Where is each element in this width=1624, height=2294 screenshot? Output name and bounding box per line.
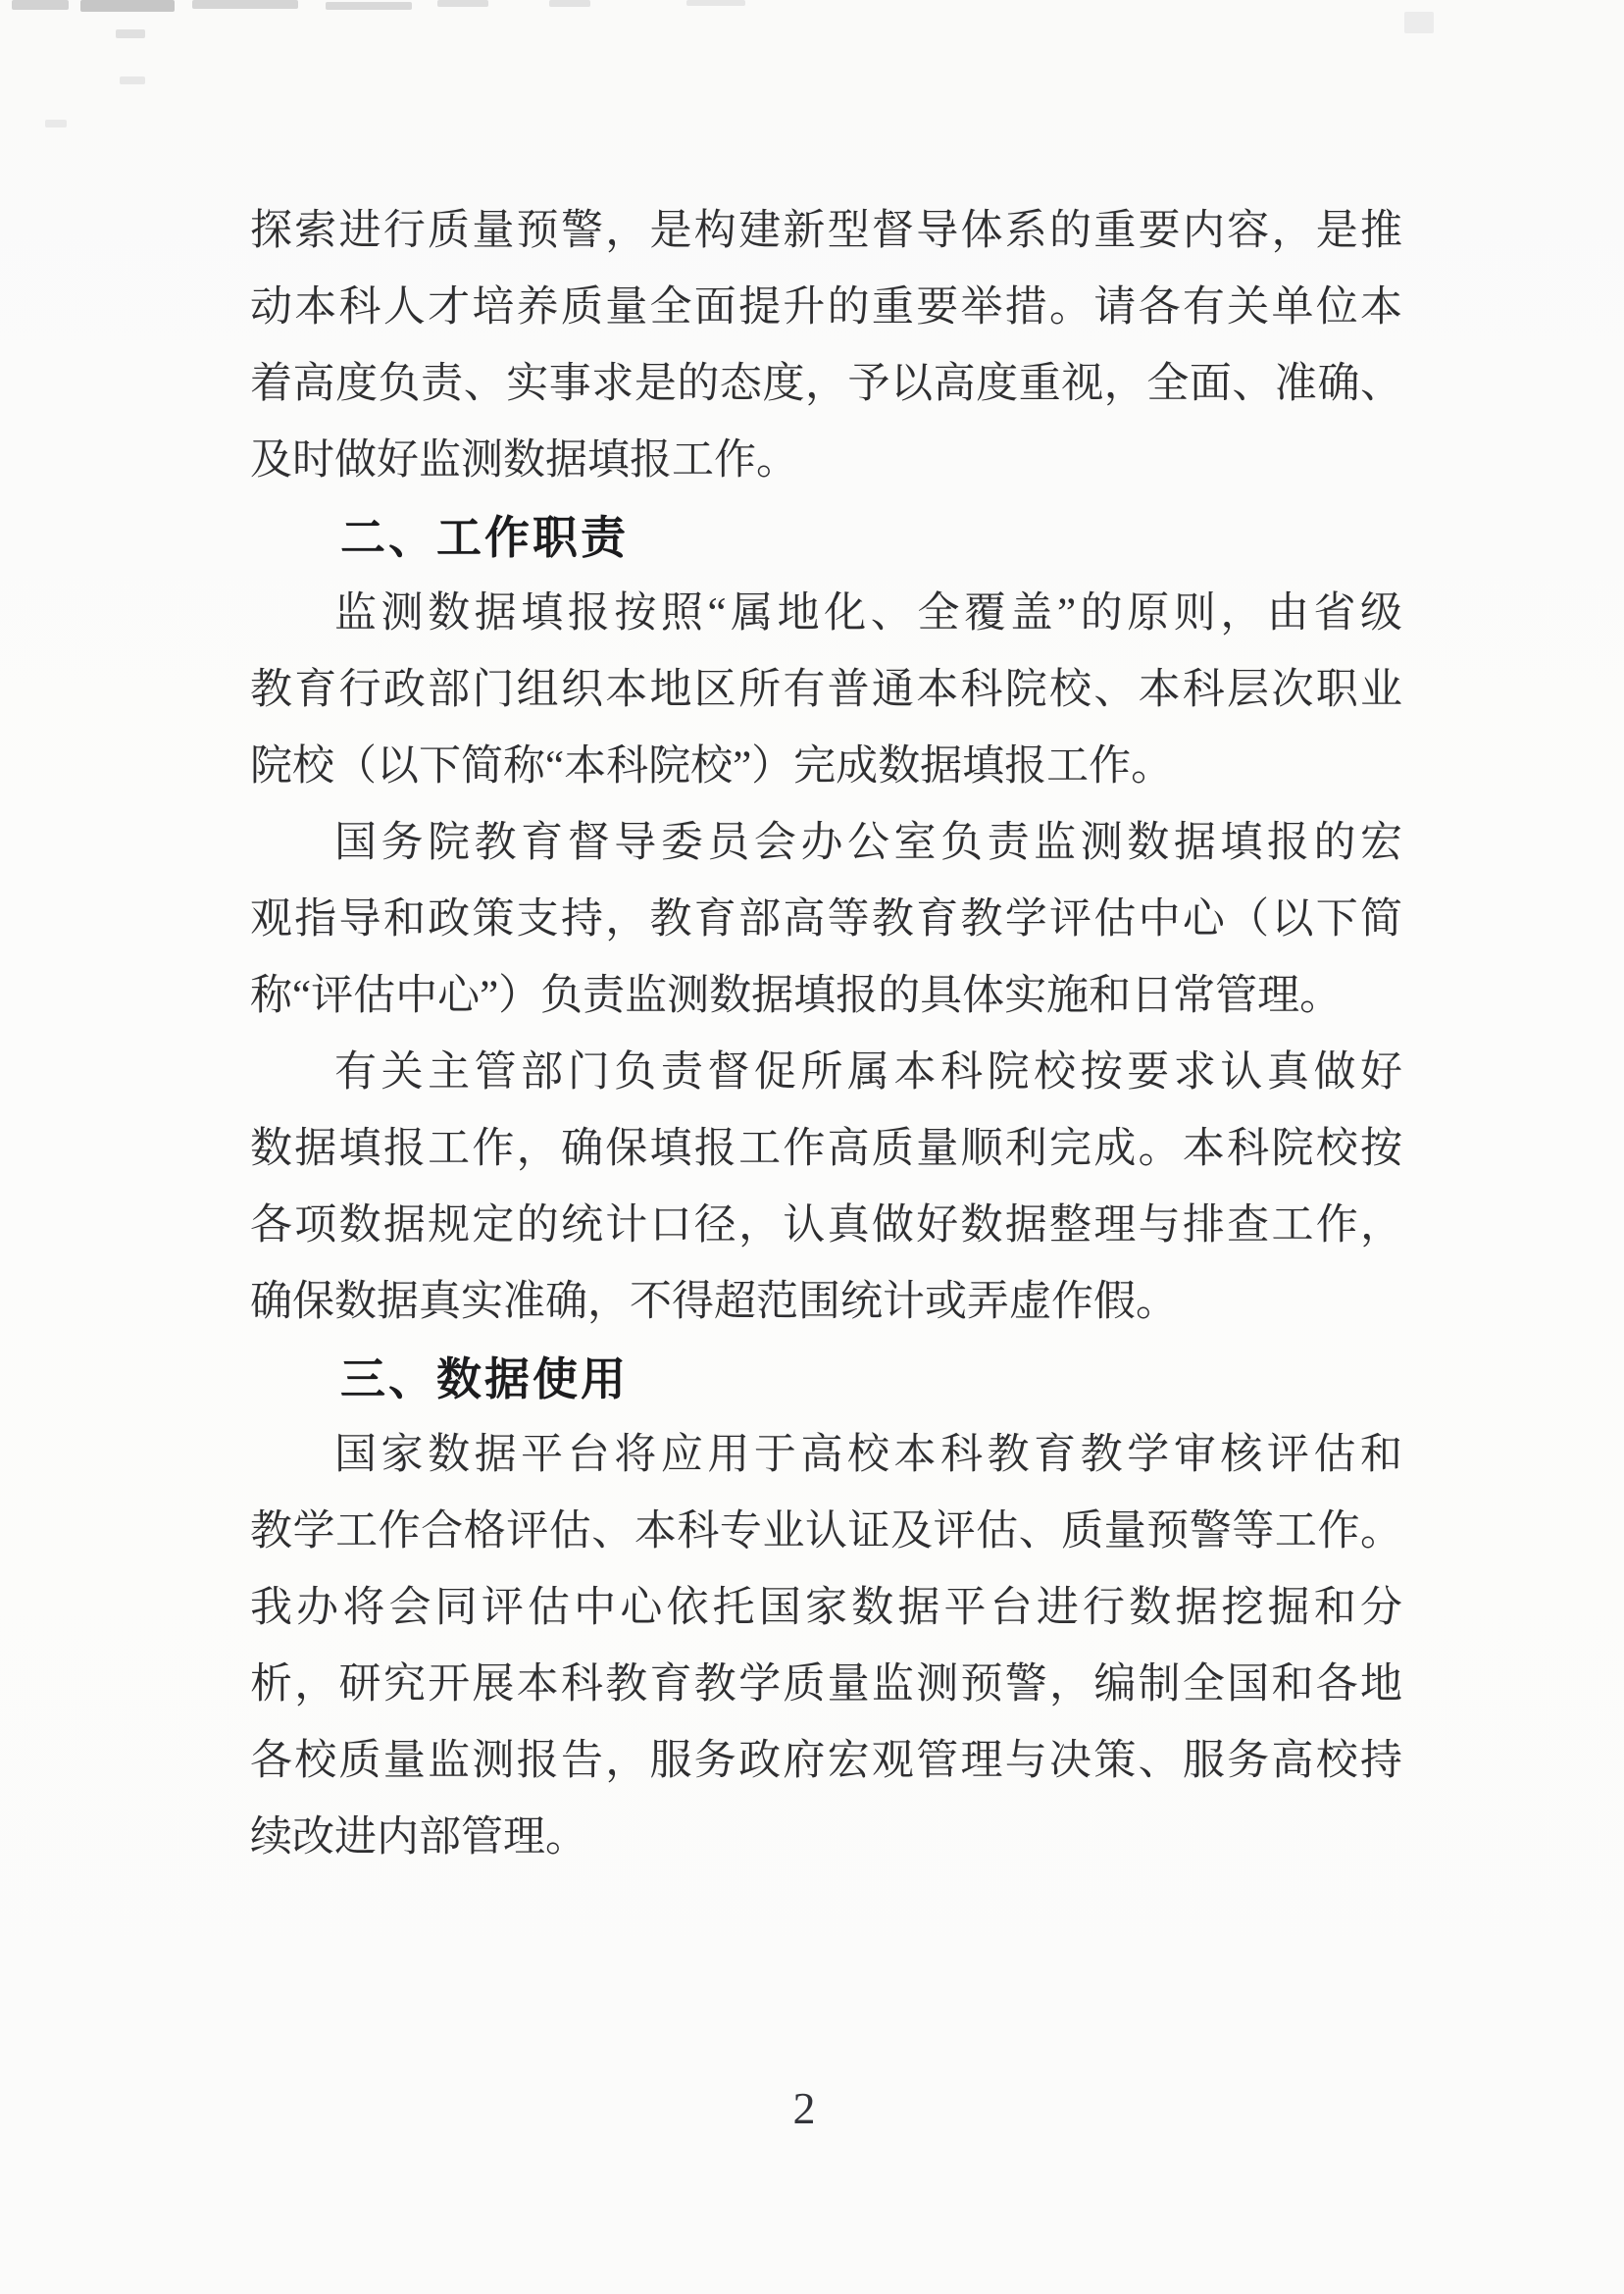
text-line: 各校质量监测报告，服务政府宏观管理与决策、服务高校持 bbox=[250, 1723, 1402, 1800]
text-line: 各项数据规定的统计口径，认真做好数据整理与排查工作， bbox=[250, 1188, 1402, 1264]
scan-artifact bbox=[80, 0, 175, 12]
scan-artifact bbox=[1404, 12, 1434, 33]
text-line: 数据填报工作，确保填报工作高质量顺利完成。本科院校按 bbox=[250, 1111, 1402, 1188]
text-line: 监测数据填报按照“属地化、全覆盖”的原则，由省级 bbox=[250, 576, 1402, 652]
text-line: 续改进内部管理。 bbox=[250, 1800, 1402, 1876]
scan-artifact bbox=[12, 0, 69, 10]
document-body: 探索进行质量预警，是构建新型督导体系的重要内容，是推动本科人才培养质量全面提升的… bbox=[250, 193, 1402, 1876]
text-line: 院校（以下简称“本科院校”）完成数据填报工作。 bbox=[250, 729, 1402, 805]
text-line: 教学工作合格评估、本科专业认证及评估、质量预警等工作。 bbox=[250, 1494, 1402, 1570]
text-line: 有关主管部门负责督促所属本科院校按要求认真做好 bbox=[250, 1035, 1402, 1111]
text-line: 探索进行质量预警，是构建新型督导体系的重要内容，是推 bbox=[250, 193, 1402, 270]
text-line: 析，研究开展本科教育教学质量监测预警，编制全国和各地 bbox=[250, 1647, 1402, 1723]
section-heading: 二、工作职责 bbox=[250, 499, 1402, 576]
text-line: 及时做好监测数据填报工作。 bbox=[250, 423, 1402, 499]
scan-artifact bbox=[437, 0, 488, 7]
scan-artifact bbox=[326, 2, 412, 10]
page-number: 2 bbox=[793, 2079, 816, 2138]
text-line: 着高度负责、实事求是的态度，予以高度重视，全面、准确、 bbox=[250, 346, 1402, 423]
text-line: 观指导和政策支持，教育部高等教育教学评估中心（以下简 bbox=[250, 882, 1402, 958]
text-line: 国务院教育督导委员会办公室负责监测数据填报的宏 bbox=[250, 805, 1402, 882]
page-footer: 2 bbox=[0, 2079, 1624, 2138]
section-heading: 三、数据使用 bbox=[250, 1341, 1402, 1417]
text-line: 国家数据平台将应用于高校本科教育教学审核评估和 bbox=[250, 1417, 1402, 1494]
scan-artifact bbox=[192, 0, 298, 9]
scan-artifact bbox=[549, 0, 590, 7]
text-line: 动本科人才培养质量全面提升的重要举措。请各有关单位本 bbox=[250, 270, 1402, 346]
text-line: 教育行政部门组织本地区所有普通本科院校、本科层次职业 bbox=[250, 652, 1402, 729]
text-line: 确保数据真实准确，不得超范围统计或弄虚作假。 bbox=[250, 1264, 1402, 1341]
scan-artifact bbox=[120, 76, 145, 84]
text-line: 称“评估中心”）负责监测数据填报的具体实施和日常管理。 bbox=[250, 958, 1402, 1035]
scan-artifact bbox=[686, 0, 745, 6]
text-line: 我办将会同评估中心依托国家数据平台进行数据挖掘和分 bbox=[250, 1570, 1402, 1647]
document-page: 探索进行质量预警，是构建新型督导体系的重要内容，是推动本科人才培养质量全面提升的… bbox=[0, 0, 1624, 2294]
scan-artifact bbox=[116, 29, 145, 38]
scan-artifact bbox=[45, 120, 67, 127]
